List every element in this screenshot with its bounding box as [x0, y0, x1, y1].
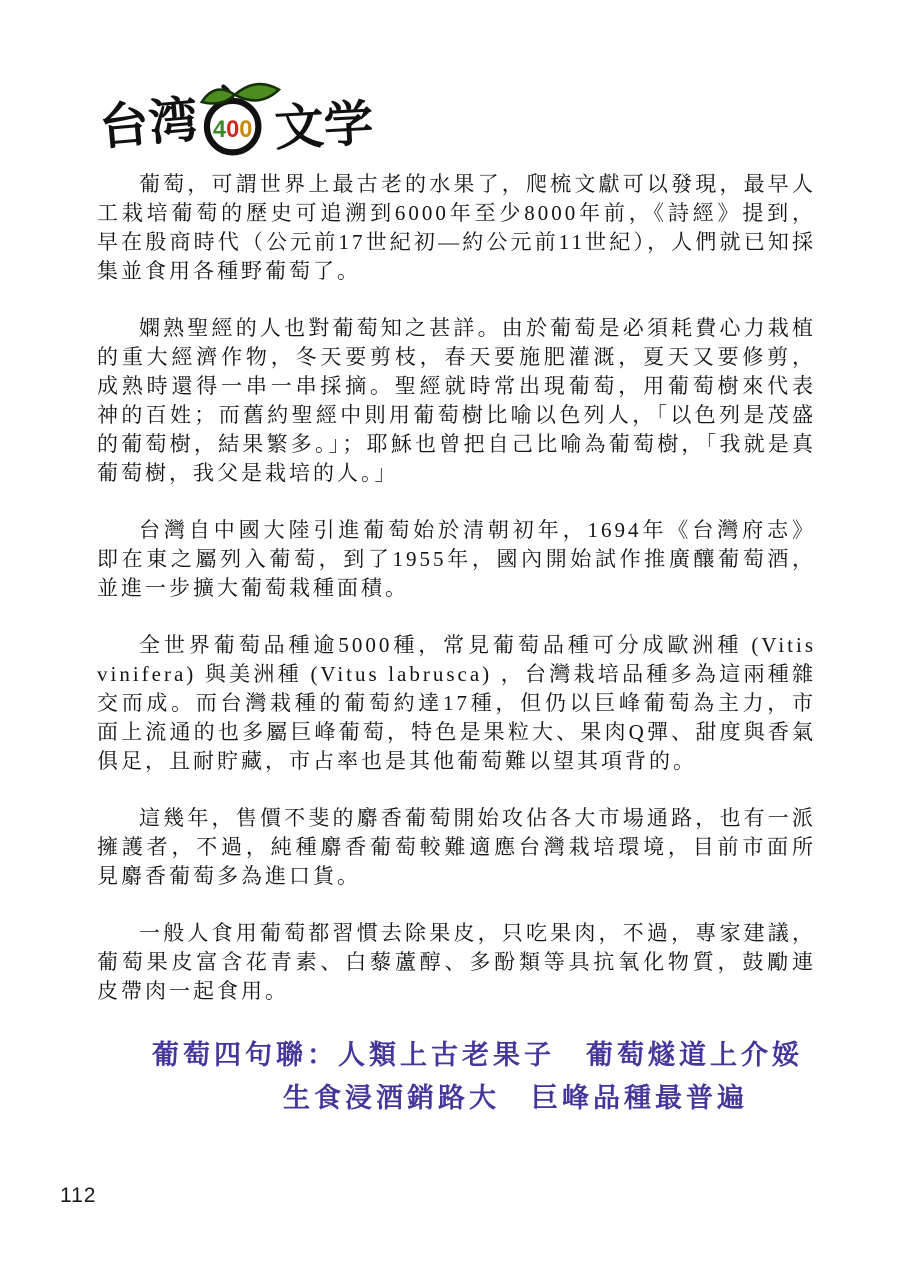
body-paragraph-3: 台灣自中國大陸引進葡萄始於清朝初年，1694年《台灣府志》即在東之屬列入葡萄，到… [97, 516, 816, 603]
body-paragraph-5: 這幾年，售價不斐的麝香葡萄開始攻佔各大市場通路，也有一派擁護者，不過，純種麝香葡… [97, 804, 816, 891]
verse-line-1: 葡萄四句聯：人類上古老果子 葡萄燧道上介娞 [97, 1034, 816, 1077]
article-body: 葡萄，可謂世界上最古老的水果了，爬梳文獻可以發現，最早人工栽培葡萄的歷史可追溯到… [97, 170, 816, 1120]
logo-400-number: 400 [213, 117, 252, 143]
logo-right-text: 文学 [273, 96, 374, 156]
page-number: 112 [60, 1184, 96, 1208]
body-paragraph-4: 全世界葡萄品種逾5000種，常見葡萄品種可分成歐洲種 (Vitis vinife… [97, 631, 816, 776]
body-paragraph-1: 葡萄，可謂世界上最古老的水果了，爬梳文獻可以發現，最早人工栽培葡萄的歷史可追溯到… [97, 170, 816, 286]
verse-line-2: 生食浸酒銷路大 巨峰品種最普遍 [97, 1077, 816, 1120]
leaf-right-icon [235, 84, 279, 100]
grape-verse: 葡萄四句聯：人類上古老果子 葡萄燧道上介娞 生食浸酒銷路大 巨峰品種最普遍 [97, 1034, 816, 1120]
body-paragraph-6: 一般人食用葡萄都習慣去除果皮，只吃果肉，不過，專家建議，葡萄果皮富含花青素、白藜… [97, 919, 816, 1006]
digit-4: 4 [213, 117, 227, 143]
body-paragraph-2: 嫻熟聖經的人也對葡萄知之甚詳。由於葡萄是必須耗費心力栽植的重大經濟作物，冬天要剪… [97, 314, 816, 488]
logo-graphic: 台湾 400 文学 [100, 78, 390, 163]
digit-0b: 0 [239, 117, 252, 143]
taiwan-400-literature-logo: 台湾 400 文学 [100, 78, 390, 163]
document-page: 台湾 400 文学 葡萄，可謂世界上最古老的水果了，爬梳文獻可以發現，最早人工栽… [0, 0, 909, 1276]
logo-left-text: 台湾 [100, 92, 200, 155]
digit-0a: 0 [226, 117, 239, 143]
